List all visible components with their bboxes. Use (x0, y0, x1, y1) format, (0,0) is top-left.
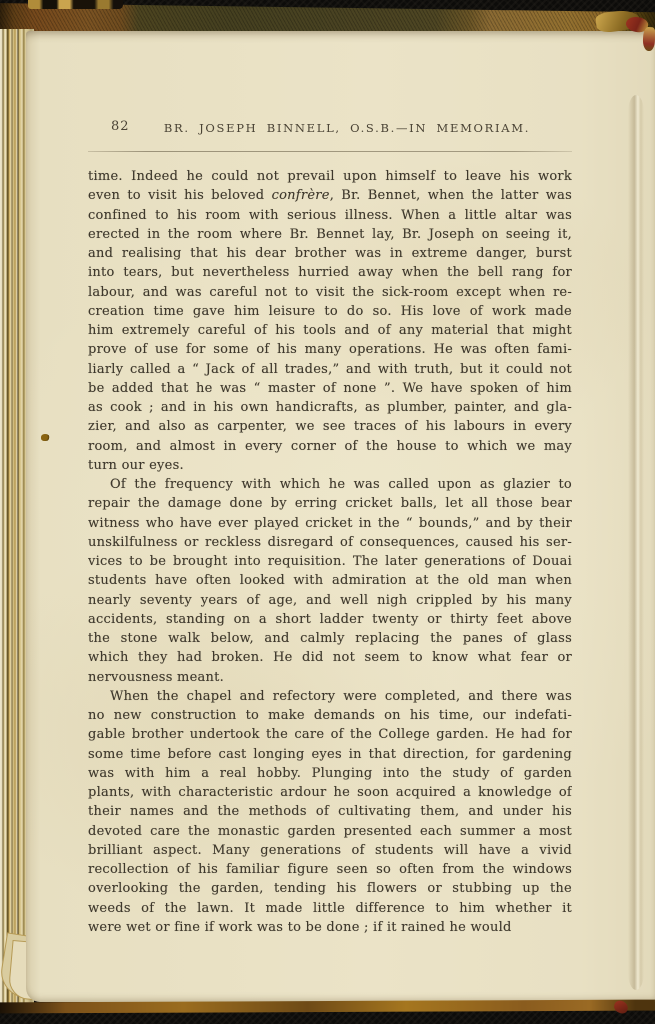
paragraph: When the chapel and refectory were compl… (88, 687, 572, 937)
text-line: turn our eyes. (88, 456, 572, 475)
text-line: room, and almost in every corner of the … (88, 437, 572, 456)
torn-binding-fragment-top-left (28, 0, 123, 9)
text-line: unskilfulness or reckless disregard of c… (88, 533, 572, 552)
text-line: prove of use for some of his many operat… (88, 340, 572, 359)
text-line: which they had broken. He did not seem t… (88, 648, 572, 667)
foxing-speck (41, 434, 50, 441)
page-number: 82 (111, 119, 130, 134)
text-line: plants, with characteristic ardour he so… (88, 783, 572, 802)
text-line: no new construction to make demands on h… (88, 706, 572, 725)
text-line: time. Indeed he could not prevail upon h… (88, 167, 572, 186)
text-line: nervousness meant. (88, 668, 572, 687)
printed-text-column: 82 BR. JOSEPH BINNELL, O.S.B.—IN MEMORIA… (88, 116, 572, 937)
text-line: overlooking the garden, tending his flow… (88, 879, 572, 898)
text-segment: , Br. Bennet, when the latter was (330, 188, 572, 203)
text-line: brilliant aspect. Many generations of st… (88, 841, 572, 860)
text-line: students have often looked with admirati… (88, 571, 572, 590)
text-line: devoted care the monastic garden present… (88, 822, 572, 841)
header-rule-divider (88, 151, 572, 152)
text-line: confined to his room with serious illnes… (88, 206, 572, 225)
running-title: BR. JOSEPH BINNELL, O.S.B.—IN MEMORIAM. (88, 116, 572, 135)
paragraph: Of the frequency with which he was calle… (88, 475, 572, 687)
running-header: 82 BR. JOSEPH BINNELL, O.S.B.—IN MEMORIA… (88, 116, 572, 142)
text-line: even to visit his beloved confrère, Br. … (88, 186, 572, 205)
text-line: into tears, but nevertheless hurried awa… (88, 263, 572, 282)
text-line: zier, and also as carpenter, we see trac… (88, 417, 572, 436)
text-line: him extremely careful of his tools and o… (88, 321, 572, 340)
text-line: witness who have ever played cricket in … (88, 514, 572, 533)
text-line: creation time gave him leisure to do so.… (88, 302, 572, 321)
paragraph: time. Indeed he could not prevail upon h… (88, 167, 572, 475)
text-line: erected in the room where Br. Bennet lay… (88, 225, 572, 244)
text-line: be added that he was “ master of none ”.… (88, 379, 572, 398)
text-line: the stone walk below, and calmly replaci… (88, 629, 572, 648)
text-line: gable brother undertook the care of the … (88, 725, 572, 744)
text-block-lines: time. Indeed he could not prevail upon h… (88, 167, 572, 937)
torn-corner-fragment (642, 27, 655, 52)
text-line: and realising that his dear brother was … (88, 244, 572, 263)
text-line: When the chapel and refectory were compl… (88, 687, 572, 706)
text-line: labour, and was careful not to visit the… (88, 283, 572, 302)
page-crease-right (628, 95, 644, 990)
text-line: as cook ; and in his own handicrafts, as… (88, 398, 572, 417)
italic-word: confrère (272, 188, 330, 203)
text-line: accidents, standing on a short ladder tw… (88, 610, 572, 629)
text-line: recollection of his familiar figure seen… (88, 860, 572, 879)
text-line: was with him a real hobby. Plunging into… (88, 764, 572, 783)
text-line: repair the damage done by erring cricket… (88, 494, 572, 513)
text-line: some time before cast longing eyes in th… (88, 745, 572, 764)
text-segment: even to visit his beloved (88, 188, 272, 203)
text-line: were wet or fine if work was to be done … (88, 918, 572, 937)
text-line: their names and the methods of cultivati… (88, 802, 572, 821)
text-line: weeds of the lawn. It made little differ… (88, 899, 572, 918)
text-line: liarly called a “ Jack of all trades,” a… (88, 360, 572, 379)
text-line: Of the frequency with which he was calle… (88, 475, 572, 494)
text-line: nearly seventy years of age, and well ni… (88, 591, 572, 610)
text-line: vices to be brought into requisition. Th… (88, 552, 572, 571)
